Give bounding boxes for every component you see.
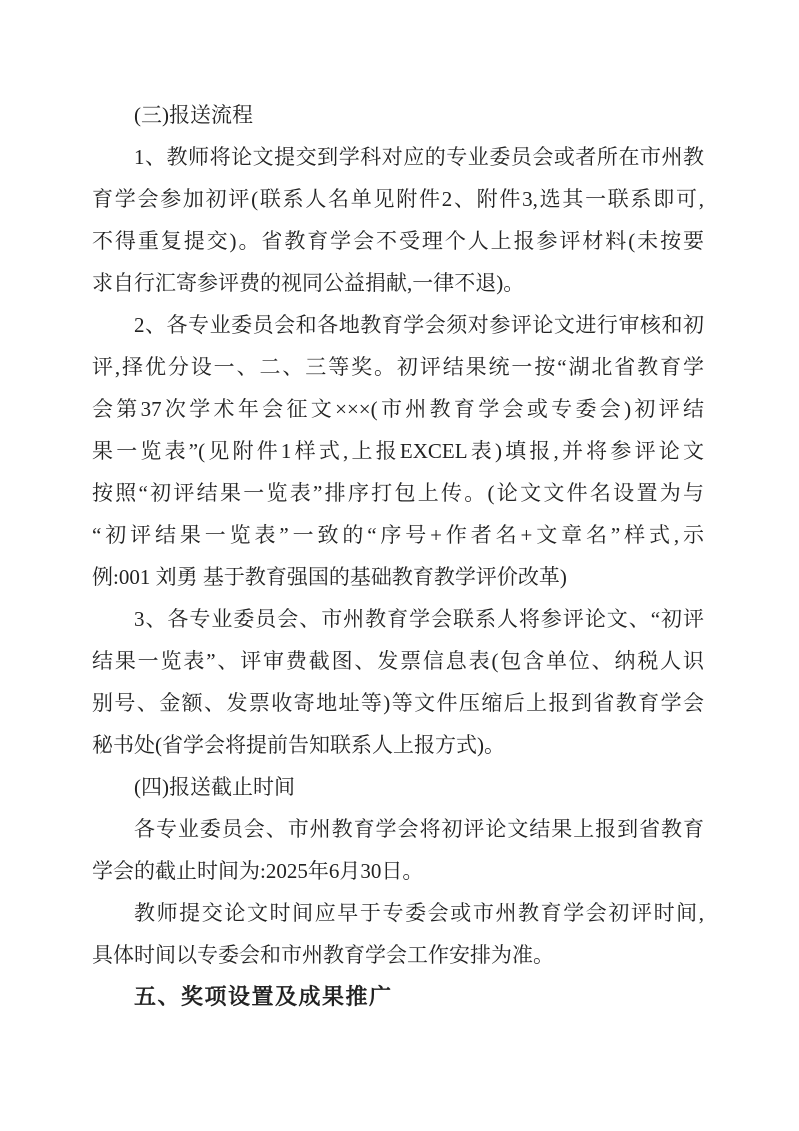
paragraph: 各专业委员会、市州教育学会将初评论文结果上报到省教育学会的截止时间为:2025年… (92, 808, 704, 892)
document-line: 会第37次学术年会征文×××(市州教育学会或专委会)初评结 (92, 388, 704, 430)
document-line: 具体时间以专委会和市州教育学会工作安排为准。 (92, 934, 704, 976)
bold-section-heading: 五、奖项设置及成果推广 (92, 976, 704, 1018)
paragraph: 3、各专业委员会、市州教育学会联系人将参评论文、“初评结果一览表”、评审费截图、… (92, 598, 704, 766)
document-line: (四)报送截止时间 (92, 766, 704, 808)
document-line: (三)报送流程 (92, 94, 704, 136)
document-line: 教师提交论文时间应早于专委会或市州教育学会初评时间, (92, 892, 704, 934)
document-line: 2、各专业委员会和各地教育学会须对参评论文进行审核和初 (92, 304, 704, 346)
document-line: 按照“初评结果一览表”排序打包上传。(论文文件名设置为与 (92, 472, 704, 514)
document-line: 结果一览表”、评审费截图、发票信息表(包含单位、纳税人识 (92, 640, 704, 682)
document-line: 求自行汇寄参评费的视同公益捐献,一律不退)。 (92, 262, 704, 304)
document-line: 1、教师将论文提交到学科对应的专业委员会或者所在市州教 (92, 136, 704, 178)
document-line: 3、各专业委员会、市州教育学会联系人将参评论文、“初评 (92, 598, 704, 640)
paragraph: 教师提交论文时间应早于专委会或市州教育学会初评时间,具体时间以专委会和市州教育学… (92, 892, 704, 976)
document-line: 果一览表”(见附件1样式,上报EXCEL表)填报,并将参评论文 (92, 430, 704, 472)
paragraph: 1、教师将论文提交到学科对应的专业委员会或者所在市州教育学会参加初评(联系人名单… (92, 136, 704, 304)
document-line: 五、奖项设置及成果推广 (92, 976, 704, 1018)
document-line: 别号、金额、发票收寄地址等)等文件压缩后上报到省教育学会 (92, 682, 704, 724)
document-line: “初评结果一览表”一致的“序号+作者名+文章名”样式,示 (92, 514, 704, 556)
document-line: 育学会参加初评(联系人名单见附件2、附件3,选其一联系即可, (92, 178, 704, 220)
document-page: (三)报送流程1、教师将论文提交到学科对应的专业委员会或者所在市州教育学会参加初… (0, 0, 799, 1131)
document-line: 学会的截止时间为:2025年6月30日。 (92, 850, 704, 892)
section-subheading: (三)报送流程 (92, 94, 704, 136)
document-line: 不得重复提交)。省教育学会不受理个人上报参评材料(未按要 (92, 220, 704, 262)
section-subheading: (四)报送截止时间 (92, 766, 704, 808)
document-line: 秘书处(省学会将提前告知联系人上报方式)。 (92, 724, 704, 766)
document-line: 评,择优分设一、二、三等奖。初评结果统一按“湖北省教育学 (92, 346, 704, 388)
document-line: 例:001 刘勇 基于教育强国的基础教育教学评价改革) (92, 556, 704, 598)
paragraph: 2、各专业委员会和各地教育学会须对参评论文进行审核和初评,择优分设一、二、三等奖… (92, 304, 704, 598)
document-line: 各专业委员会、市州教育学会将初评论文结果上报到省教育 (92, 808, 704, 850)
